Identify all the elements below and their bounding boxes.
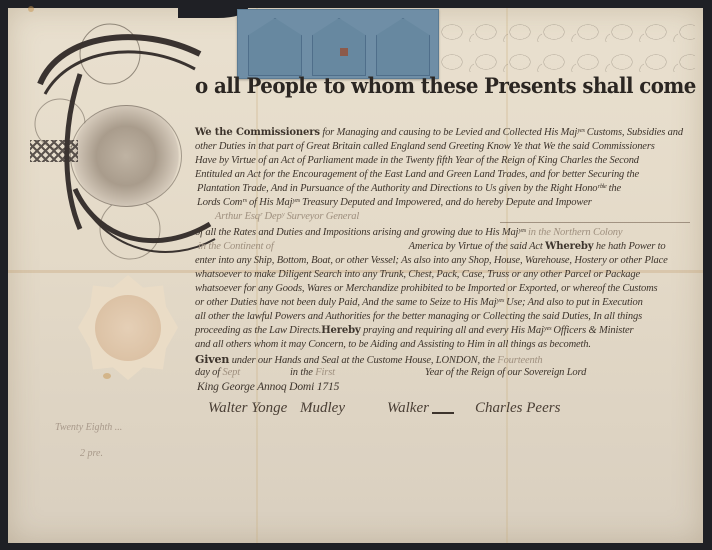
line-text: under our Hands and Seal at the Custome … <box>229 355 495 366</box>
seal-emblem-icon <box>95 295 161 361</box>
filled-in-text: in the Continent of <box>198 241 274 252</box>
line-text: in the <box>290 367 313 378</box>
stain <box>103 373 111 379</box>
stamp-icon <box>312 18 366 76</box>
body-line: whatsoever for any Goods, Wares or Merch… <box>195 283 657 294</box>
body-line: Lords Comʳˢ of His Majʸᵉˢ Treasury Deput… <box>197 197 592 208</box>
body-line: Plantation Trade, And in Pursuance of th… <box>197 183 621 194</box>
body-line: or other Duties have not been duly Paid,… <box>195 297 643 308</box>
margin-note: 2 pre. <box>80 448 103 459</box>
line-text: day of <box>195 367 220 378</box>
filled-in-text: Sept <box>220 367 240 378</box>
fill-line <box>500 222 690 223</box>
filled-in-text: in the Northern Colony <box>526 227 623 238</box>
given-line: Given under our Hands and Seal at the Cu… <box>195 353 542 366</box>
signature: Mudley <box>300 400 345 417</box>
margin-note: Twenty Eighth ... <box>55 422 122 433</box>
revenue-stamps <box>237 9 439 79</box>
line-text: other Duties in that part of Great Brita… <box>195 141 655 152</box>
stamp-icon <box>376 18 430 76</box>
line-text: Plantation Trade, And in Pursuance of th… <box>197 183 621 194</box>
line-text: enter into any Ship, Bottom, Boat, or ot… <box>195 255 668 266</box>
king-line: King George Annoq Domi 1715 <box>197 381 339 393</box>
line-text: America by Virtue of the said Act <box>409 241 543 252</box>
bold-phrase: Hereby <box>321 325 360 336</box>
knot-ornament-icon <box>30 140 78 162</box>
line-text: all other the lawful Powers and Authorit… <box>195 311 642 322</box>
body-line: all other the lawful Powers and Authorit… <box>195 311 642 322</box>
signature: Charles Peers <box>475 400 560 417</box>
line-text: for Managing and causing to be Levied an… <box>320 127 683 138</box>
signature-dash <box>432 412 454 414</box>
line-text: proceeding as the Law Directs. <box>195 325 321 336</box>
line-text: praying and requiring all and every His … <box>361 325 634 336</box>
bold-phrase: Whereby <box>545 241 593 252</box>
filled-in-text: First <box>313 367 335 378</box>
bold-phrase: Given <box>195 353 229 366</box>
bold-phrase: We the Commissioners <box>195 127 320 138</box>
ink-stain <box>28 6 34 12</box>
line-text: and all others whom it may Concern, to b… <box>195 339 591 350</box>
document-header: o all People to whom these Presents shal… <box>195 74 655 99</box>
calligraphic-flourish <box>440 12 695 74</box>
body-line: and all others whom it may Concern, to b… <box>195 339 591 350</box>
stamp-mark <box>340 48 348 56</box>
body-line: Entituled an Act for the Encouragement o… <box>195 169 639 180</box>
signature: Walker <box>387 400 429 417</box>
line-text: or other Duties have not been duly Paid,… <box>195 297 643 308</box>
royal-coat-of-arms-icon <box>70 105 182 207</box>
body-line: proceeding as the Law Directs.Hereby pra… <box>195 325 633 336</box>
stamp-icon <box>248 18 302 76</box>
filled-in-name: Arthur Esqʳ Depʸ Surveyor General <box>215 211 359 222</box>
body-line: Have by Virtue of an Act of Parliament m… <box>195 155 639 166</box>
body-line: We the Commissioners for Managing and ca… <box>195 127 683 138</box>
body-line: other Duties in that part of Great Brita… <box>195 141 655 152</box>
date-line: day of Septin the FirstYear of the Reign… <box>195 367 586 378</box>
filled-in-text: Fourteenth <box>495 355 543 366</box>
body-line: enter into any Ship, Bottom, Boat, or ot… <box>195 255 668 266</box>
body-line: whatsoever to make Diligent Search into … <box>195 269 640 280</box>
line-text: he hath Power to <box>593 241 665 252</box>
line-text: Year of the Reign of our Sovereign Lord <box>425 367 586 378</box>
line-text: Lords Comʳˢ of His Majʸᵉˢ Treasury Deput… <box>197 197 592 208</box>
line-text: of all the Rates and Duties and Impositi… <box>195 227 526 238</box>
line-text: whatsoever to make Diligent Search into … <box>195 269 640 280</box>
signature: Walter Yonge <box>208 400 287 417</box>
line-text: Have by Virtue of an Act of Parliament m… <box>195 155 639 166</box>
body-line: in the Continent ofAmerica by Virtue of … <box>198 241 666 252</box>
line-text: Entituled an Act for the Encouragement o… <box>195 169 639 180</box>
body-line: of all the Rates and Duties and Impositi… <box>195 227 622 238</box>
line-text: whatsoever for any Goods, Wares or Merch… <box>195 283 657 294</box>
